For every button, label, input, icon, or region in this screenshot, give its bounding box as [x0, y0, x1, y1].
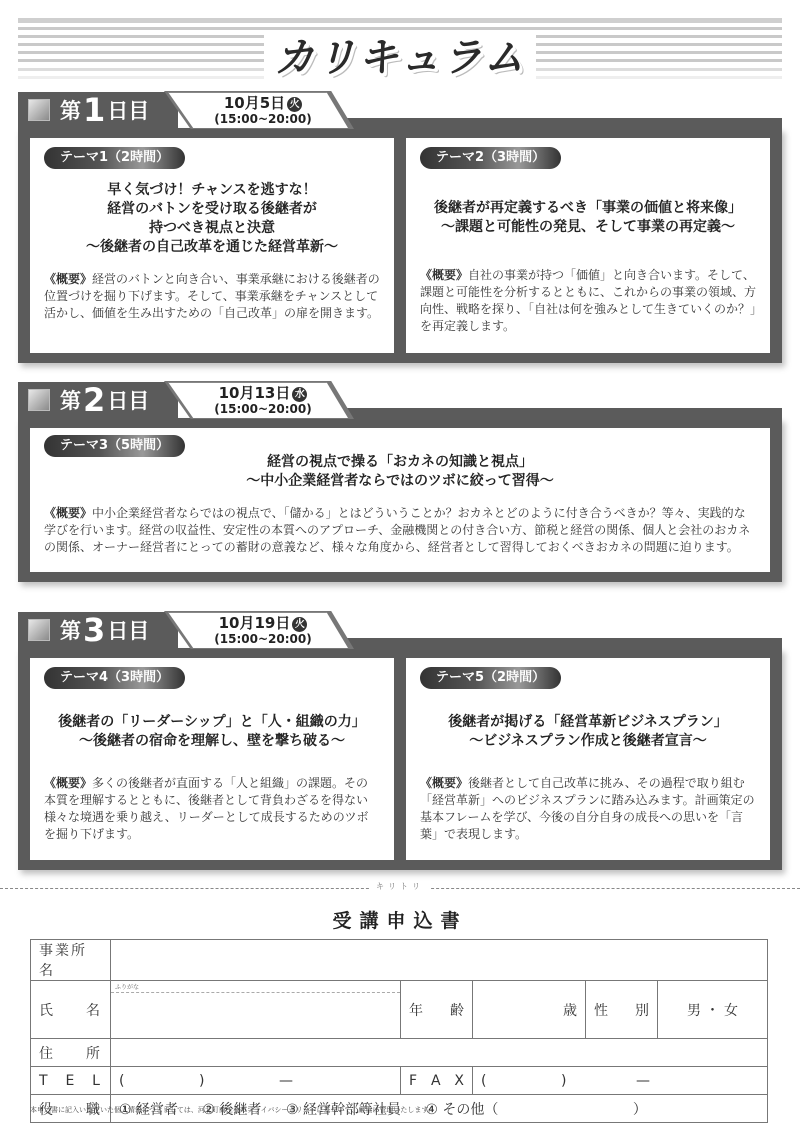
- age-label: 年齢: [401, 981, 473, 1039]
- day-body: テーマ1（2時間） 早く気づけ！チャンスを逃すな！ 経営のバトンを受け取る後継者…: [18, 128, 782, 363]
- form-title: 受講申込書: [0, 906, 800, 933]
- day-suffix: 日目: [107, 95, 149, 125]
- furigana-field[interactable]: [111, 992, 400, 993]
- privacy-footnote: 本申込書に記入いただいた個人情報につきましては、河北町商工会のプライバシーポリシ…: [30, 1105, 435, 1115]
- date: 10月5日: [224, 94, 285, 112]
- sex-label: 性別: [586, 981, 658, 1039]
- date-tab: 10月5日火 (15:00~20:00): [168, 92, 348, 128]
- theme-description: 《概要》経営のバトンと向き合い、事業承継における後継者の位置づけを掘り下げます。…: [44, 271, 380, 322]
- header-bar: [338, 408, 782, 418]
- weekday-badge: 水: [292, 387, 307, 402]
- day-suffix: 日目: [107, 385, 149, 415]
- day-label: 第 3 日目: [18, 612, 178, 648]
- time-range: (15:00~20:00): [178, 112, 348, 126]
- sex-field[interactable]: 男 ・ 女: [658, 981, 768, 1039]
- day-label: 第 1 日目: [18, 92, 178, 128]
- day-body: テーマ4（3時間） 後継者の「リーダーシップ」と「人・組織の力」 ～後継者の宿命…: [18, 648, 782, 870]
- square-bullet-icon: [28, 389, 50, 411]
- theme-card: テーマ4（3時間） 後継者の「リーダーシップ」と「人・組織の力」 ～後継者の宿命…: [30, 658, 394, 860]
- tel-field[interactable]: ( ) —: [111, 1067, 401, 1095]
- cut-label: キリトリ: [370, 881, 430, 892]
- day-header: 第 3 日目 10月19日火 (15:00~20:00): [18, 612, 782, 648]
- theme-card: テーマ3（5時間） 経営の視点で操る「おカネの知識と視点」 ～中小企業経営者なら…: [30, 428, 770, 572]
- day-number: 2: [83, 381, 105, 419]
- day-header: 第 1 日目 10月5日火 (15:00~20:00): [18, 92, 782, 128]
- name-label: 氏名: [31, 981, 111, 1039]
- role-other-close: ）: [633, 1102, 647, 1118]
- fax-label: FAX: [401, 1067, 473, 1095]
- day-header: 第 2 日目 10月13日水 (15:00~20:00): [18, 382, 782, 418]
- theme-pill: テーマ2（3時間）: [420, 147, 561, 169]
- sex-options: 男 ・ 女: [687, 1003, 738, 1019]
- address-label: 住所: [31, 1039, 111, 1067]
- theme-title: 後継者が再定義するべき「事業の価値と将来像」 ～課題と可能性の発見、そして事業の…: [420, 199, 756, 237]
- theme-title: 後継者の「リーダーシップ」と「人・組織の力」 ～後継者の宿命を理解し、壁を撃ち破…: [44, 713, 380, 751]
- theme-card: テーマ2（3時間） 後継者が再定義するべき「事業の価値と将来像」 ～課題と可能性…: [406, 138, 770, 353]
- day-suffix: 日目: [107, 615, 149, 645]
- theme-pill: テーマ1（2時間）: [44, 147, 185, 169]
- theme-title: 経営の視点で操る「おカネの知識と視点」 ～中小企業経営者ならではのツボに絞って習…: [44, 453, 756, 491]
- date: 10月19日: [219, 614, 291, 632]
- theme-description: 《概要》自社の事業が持つ「価値」と向き合います。そして、課題と可能性を分析すると…: [420, 267, 756, 335]
- fax-field[interactable]: ( ) —: [473, 1067, 768, 1095]
- day-number: 3: [83, 611, 105, 649]
- theme-card: テーマ5（2時間） 後継者が掲げる「経営革新ビジネスプラン」 ～ビジネスプラン作…: [406, 658, 770, 860]
- day-prefix: 第: [60, 615, 81, 645]
- tel-label: TEL: [31, 1067, 111, 1095]
- header-bar: [338, 118, 782, 128]
- theme-description: 《概要》多くの後継者が直面する「人と組織」の課題。その本質を理解するとともに、後…: [44, 775, 380, 843]
- theme-title: 後継者が掲げる「経営革新ビジネスプラン」 ～ビジネスプラン作成と後継者宣言～: [420, 713, 756, 751]
- business-name-field[interactable]: [111, 940, 768, 981]
- theme-pill: テーマ4（3時間）: [44, 667, 185, 689]
- day-1-section: 第 1 日目 10月5日火 (15:00~20:00) テーマ1（2時間） 早く…: [18, 92, 782, 363]
- role-option-4[interactable]: ④ その他（: [425, 1102, 498, 1118]
- age-field[interactable]: 歳: [473, 981, 586, 1039]
- weekday-badge: 火: [292, 617, 307, 632]
- name-field[interactable]: ふりがな: [111, 981, 401, 1039]
- application-form: 事業所名 氏名 ふりがな 年齢 歳 性別 男 ・ 女 住所 TEL: [30, 939, 768, 1123]
- theme-pill: テーマ5（2時間）: [420, 667, 561, 689]
- business-name-label: 事業所名: [31, 940, 111, 981]
- day-label: 第 2 日目: [18, 382, 178, 418]
- time-range: (15:00~20:00): [178, 402, 348, 416]
- square-bullet-icon: [28, 619, 50, 641]
- theme-card: テーマ1（2時間） 早く気づけ！チャンスを逃すな！ 経営のバトンを受け取る後継者…: [30, 138, 394, 353]
- day-2-section: 第 2 日目 10月13日水 (15:00~20:00) テーマ3（5時間） 経…: [18, 382, 782, 582]
- day-number: 1: [83, 91, 105, 129]
- age-unit: 歳: [563, 1003, 577, 1019]
- weekday-badge: 火: [287, 97, 302, 112]
- address-field[interactable]: [111, 1039, 768, 1067]
- day-body: テーマ3（5時間） 経営の視点で操る「おカネの知識と視点」 ～中小企業経営者なら…: [18, 418, 782, 582]
- day-prefix: 第: [60, 385, 81, 415]
- day-3-section: 第 3 日目 10月19日火 (15:00~20:00) テーマ4（3時間） 後…: [18, 612, 782, 870]
- theme-pill: テーマ3（5時間）: [44, 435, 185, 457]
- time-range: (15:00~20:00): [178, 632, 348, 646]
- day-prefix: 第: [60, 95, 81, 125]
- date-tab: 10月19日火 (15:00~20:00): [168, 612, 348, 648]
- theme-description: 《概要》中小企業経営者ならではの視点で、「儲かる」とはどういうことか？おカネとど…: [44, 505, 756, 556]
- curriculum-banner: カリキュラム: [18, 18, 782, 78]
- furigana-label: ふりがな: [115, 982, 139, 991]
- date-tab: 10月13日水 (15:00~20:00): [168, 382, 348, 418]
- page-title: カリキュラム: [18, 26, 782, 83]
- square-bullet-icon: [28, 99, 50, 121]
- date: 10月13日: [219, 384, 291, 402]
- theme-title: 早く気づけ！チャンスを逃すな！ 経営のバトンを受け取る後継者が 持つべき視点と決…: [44, 181, 380, 257]
- theme-description: 《概要》後継者として自己改革に挑み、その過程で取り組む「経営革新」へのビジネスプ…: [420, 775, 756, 843]
- header-bar: [338, 638, 782, 648]
